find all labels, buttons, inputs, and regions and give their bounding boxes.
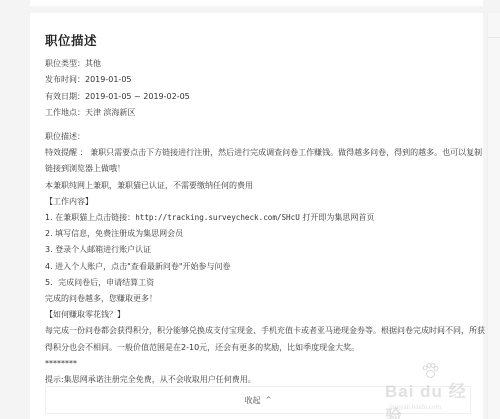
step-1-suffix: 打开即为集思网首页 bbox=[300, 213, 375, 222]
info-label: 职位类型： bbox=[45, 59, 85, 68]
info-row-location: 工作地点：天津 滨海新区 bbox=[45, 105, 190, 121]
collapse-button[interactable]: 收起 ^ bbox=[45, 386, 471, 414]
earn-heading: 【如何赚取零花钱？】 bbox=[45, 307, 475, 323]
step-1-prefix: 1. 在兼职猫上点击链接： bbox=[45, 213, 135, 222]
right-sidebar bbox=[487, 13, 500, 419]
notice-line: 特效提醒 ： 兼职只需要点击下方链接进行注册，然后进行完成调查问卷工作赚钱。做得… bbox=[45, 145, 475, 161]
info-row-job-type: 职位类型：其他 bbox=[45, 56, 190, 72]
job-info-list: 职位类型：其他 发布时间：2019-01-05 有效日期：2019-01-05 … bbox=[45, 56, 190, 121]
earn-line: 每完成一份问卷都会获得积分，积分能够兑换成支付宝现金、手机充值卡或者亚马逊现金券… bbox=[45, 323, 475, 339]
info-label: 有效日期： bbox=[45, 92, 85, 101]
info-label: 发布时间： bbox=[45, 75, 85, 84]
info-value: 天津 滨海新区 bbox=[85, 108, 136, 117]
chevron-up-icon: ^ bbox=[266, 396, 272, 404]
info-row-publish-time: 发布时间：2019-01-05 bbox=[45, 72, 190, 88]
description-body: 职位描述： 特效提醒 ： 兼职只需要点击下方链接进行注册，然后进行完成调查问卷工… bbox=[45, 129, 475, 388]
more-line: 完成的问卷越多，您赚取更多！ bbox=[45, 291, 475, 307]
earn-line: 得积分也会不相同。一般价值范围是在2-10元，还会有更多的奖励，比如季度现金大奖… bbox=[45, 340, 475, 356]
description-heading: 职位描述： bbox=[45, 129, 475, 145]
step-1: 1. 在兼职猫上点击链接：http://tracking.surveycheck… bbox=[45, 210, 475, 226]
notice-line: 链接到浏览器上做哦！ bbox=[45, 161, 475, 177]
section-title: 职位描述 bbox=[45, 31, 97, 49]
step-4: 4. 进入个人账户，点击"查看最新问卷"开始参与问卷 bbox=[45, 259, 475, 275]
info-value: 其他 bbox=[85, 59, 101, 68]
separator: ******** bbox=[45, 356, 475, 372]
info-row-valid-date: 有效日期：2019-01-05 ~ 2019-02-05 bbox=[45, 89, 190, 105]
step-5: 5．完成问卷后，申请结算工资 bbox=[45, 275, 475, 291]
work-heading: 【工作内容】 bbox=[45, 194, 475, 210]
previous-card bbox=[30, 0, 483, 6]
survey-link[interactable]: http://tracking.surveycheck.com/SHcU bbox=[135, 213, 300, 222]
job-description-card: 职位描述 职位类型：其他 发布时间：2019-01-05 有效日期：2019-0… bbox=[30, 13, 483, 419]
info-value: 2019-01-05 ~ 2019-02-05 bbox=[85, 92, 190, 101]
collapse-label: 收起 bbox=[245, 395, 261, 406]
sidebar-divider bbox=[488, 37, 500, 38]
step-2: 2. 填写信息，免费注册成为集思网会员 bbox=[45, 226, 475, 242]
info-label: 工作地点： bbox=[45, 108, 85, 117]
info-value: 2019-01-05 bbox=[85, 75, 132, 84]
step-3: 3. 登录个人邮箱进行账户认证 bbox=[45, 242, 475, 258]
auth-line: 本兼职纯网上兼职，兼职猫已认证，不需要缴纳任何的费用 bbox=[45, 178, 475, 194]
